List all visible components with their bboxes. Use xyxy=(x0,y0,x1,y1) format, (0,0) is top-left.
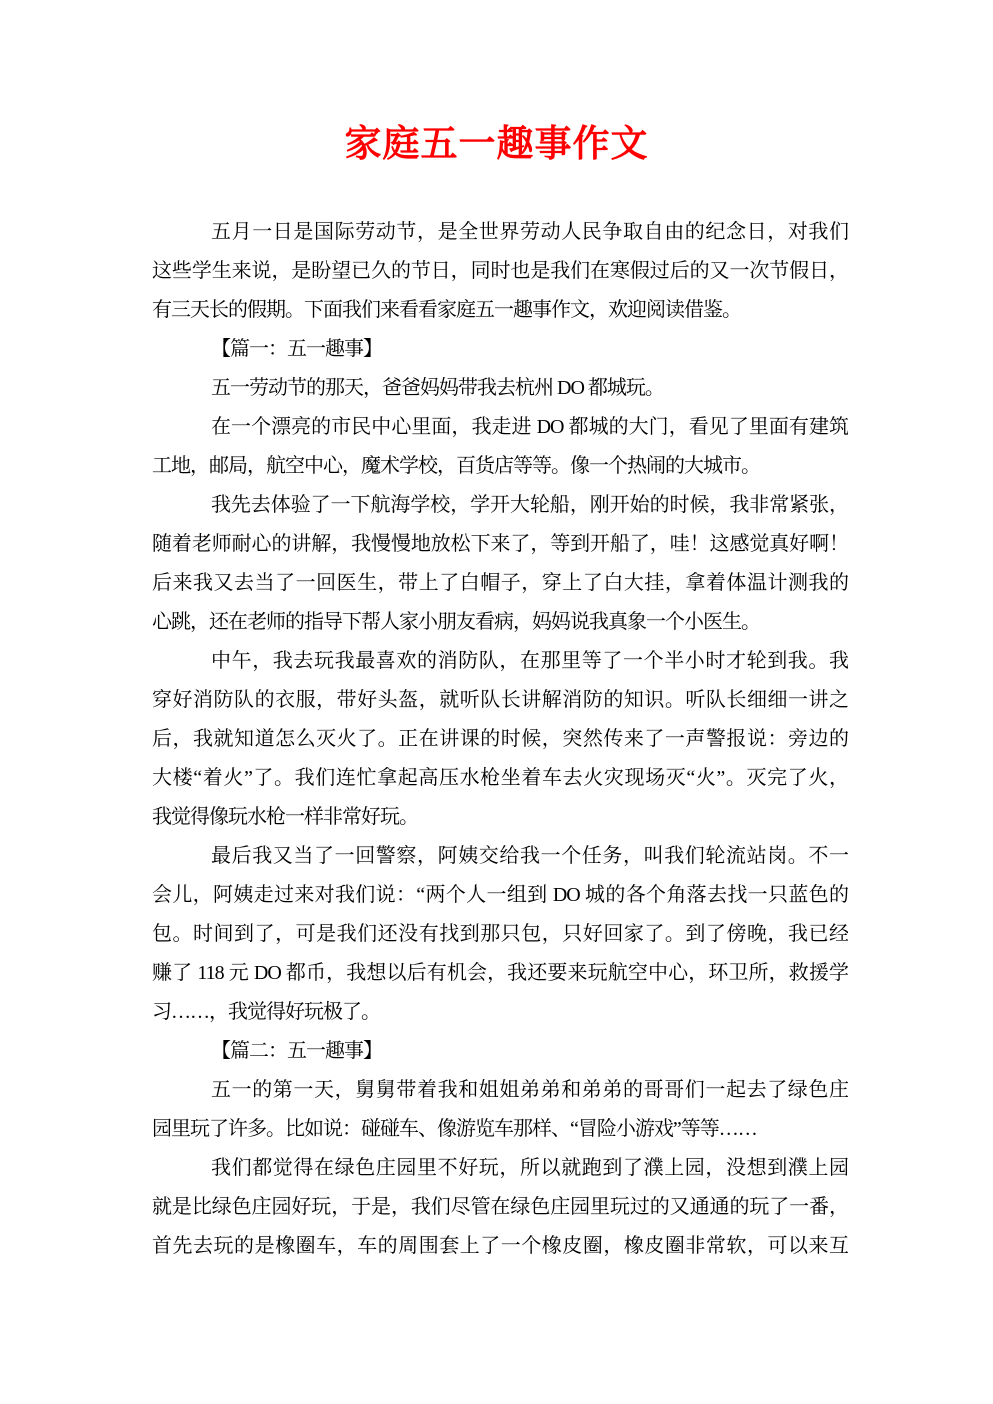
paragraph: 五一劳动节的那天，爸爸妈妈带我去杭州 DO 都城玩。 xyxy=(152,369,848,408)
document-title: 家庭五一趣事作文 xyxy=(0,0,993,165)
text-line: 中午，我去玩我最喜欢的消防队，在那里等了一个半小时才轮到我。我 xyxy=(152,642,848,681)
text-line: 这些学生来说，是盼望已久的节日，同时也是我们在寒假过后的又一次节假日， xyxy=(152,252,848,291)
section-heading-1: 【篇一：五一趣事】 xyxy=(152,330,848,369)
intro-paragraph: 五月一日是国际劳动节，是全世界劳动人民争取自由的纪念日，对我们 这些学生来说，是… xyxy=(152,213,848,330)
text-line: 我先去体验了一下航海学校，学开大轮船，刚开始的时候，我非常紧张， xyxy=(152,486,848,525)
text-line: 就是比绿色庄园好玩，于是，我们尽管在绿色庄园里玩过的又通通的玩了一番， xyxy=(152,1188,848,1227)
text-line: 习……，我觉得好玩极了。 xyxy=(152,993,848,1032)
text-line: 最后我又当了一回警察，阿姨交给我一个任务，叫我们轮流站岗。不一 xyxy=(152,837,848,876)
text-line: 五一的第一天，舅舅带着我和姐姐弟弟和弟弟的哥哥们一起去了绿色庄 xyxy=(152,1071,848,1110)
text-line: 【篇二：五一趣事】 xyxy=(152,1032,848,1071)
text-line: 穿好消防队的衣服，带好头盔，就听队长讲解消防的知识。听队长细细一讲之 xyxy=(152,681,848,720)
text-line: 五一劳动节的那天，爸爸妈妈带我去杭州 DO 都城玩。 xyxy=(152,369,848,408)
text-line: 我们都觉得在绿色庄园里不好玩，所以就跑到了濮上园，没想到濮上园 xyxy=(152,1149,848,1188)
text-line: 后，我就知道怎么灭火了。正在讲课的时候，突然传来了一声警报说：旁边的 xyxy=(152,720,848,759)
text-line: 首先去玩的是橡圈车，车的周围套上了一个橡皮圈，橡皮圈非常软，可以来互 xyxy=(152,1227,848,1266)
text-line: 五月一日是国际劳动节，是全世界劳动人民争取自由的纪念日，对我们 xyxy=(152,213,848,252)
text-line: 我觉得像玩水枪一样非常好玩。 xyxy=(152,798,848,837)
text-line: 有三天长的假期。下面我们来看看家庭五一趣事作文，欢迎阅读借鉴。 xyxy=(152,291,848,330)
paragraph: 中午，我去玩我最喜欢的消防队，在那里等了一个半小时才轮到我。我 穿好消防队的衣服… xyxy=(152,642,848,837)
text-line: 后来我又去当了一回医生，带上了白帽子，穿上了白大挂，拿着体温计测我的 xyxy=(152,564,848,603)
section-heading-2: 【篇二：五一趣事】 xyxy=(152,1032,848,1071)
paragraph: 五一的第一天，舅舅带着我和姐姐弟弟和弟弟的哥哥们一起去了绿色庄 园里玩了许多。比… xyxy=(152,1071,848,1149)
text-line: 赚了 118 元 DO 都币，我想以后有机会，我还要来玩航空中心，环卫所，救援学 xyxy=(152,954,848,993)
text-line: 工地，邮局，航空中心，魔术学校，百货店等等。像一个热闹的大城市。 xyxy=(152,447,848,486)
paragraph: 最后我又当了一回警察，阿姨交给我一个任务，叫我们轮流站岗。不一 会儿，阿姨走过来… xyxy=(152,837,848,1032)
text-line: 会儿，阿姨走过来对我们说：“两个人一组到 DO 城的各个角落去找一只蓝色的 xyxy=(152,876,848,915)
document-page: 家庭五一趣事作文 五月一日是国际劳动节，是全世界劳动人民争取自由的纪念日，对我们… xyxy=(0,0,993,1404)
text-line: 包。时间到了，可是我们还没有找到那只包，只好回家了。到了傍晚，我已经 xyxy=(152,915,848,954)
text-line: 大楼“着火”了。我们连忙拿起高压水枪坐着车去火灾现场灭“火”。灭完了火， xyxy=(152,759,848,798)
text-line: 随着老师耐心的讲解，我慢慢地放松下来了，等到开船了，哇！这感觉真好啊！ xyxy=(152,525,848,564)
paragraph: 在一个漂亮的市民中心里面，我走进 DO 都城的大门，看见了里面有建筑 工地，邮局… xyxy=(152,408,848,486)
text-line: 心跳，还在老师的指导下帮人家小朋友看病，妈妈说我真象一个小医生。 xyxy=(152,603,848,642)
paragraph: 我先去体验了一下航海学校，学开大轮船，刚开始的时候，我非常紧张， 随着老师耐心的… xyxy=(152,486,848,642)
text-line: 【篇一：五一趣事】 xyxy=(152,330,848,369)
text-line: 在一个漂亮的市民中心里面，我走进 DO 都城的大门，看见了里面有建筑 xyxy=(152,408,848,447)
paragraph: 我们都觉得在绿色庄园里不好玩，所以就跑到了濮上园，没想到濮上园 就是比绿色庄园好… xyxy=(152,1149,848,1266)
essay-body: 五月一日是国际劳动节，是全世界劳动人民争取自由的纪念日，对我们 这些学生来说，是… xyxy=(152,213,848,1266)
text-line: 园里玩了许多。比如说：碰碰车、像游览车那样、“冒险小游戏”等等…… xyxy=(152,1110,848,1149)
